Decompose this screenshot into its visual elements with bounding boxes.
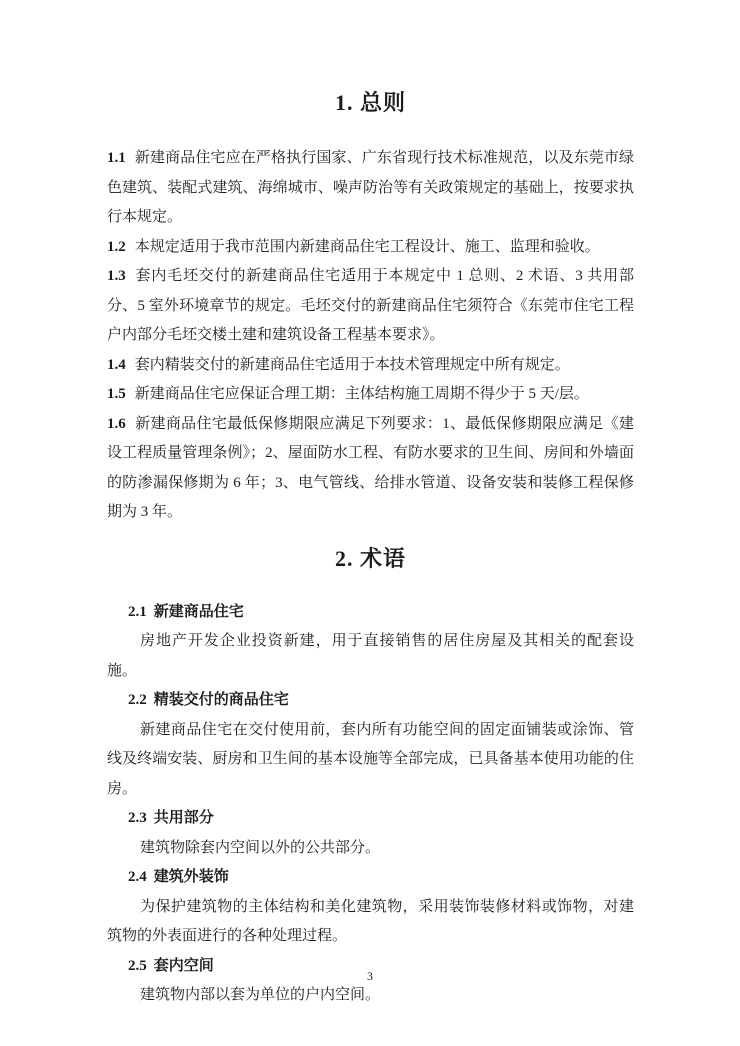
term-number: 2.3 — [128, 810, 147, 826]
term-2-1-definition: 房地产开发企业投资新建，用于直接销售的居住房屋及其相关的配套设施。 — [107, 627, 634, 686]
section-2-body: 2.1新建商品住宅 房地产开发企业投资新建，用于直接销售的居住房屋及其相关的配套… — [107, 598, 634, 1011]
section-1-body: 1.1新建商品住宅应在严格执行国家、广东省现行技术标准规范，以及东莞市绿色建筑、… — [107, 144, 634, 528]
term-number: 2.2 — [128, 692, 147, 708]
clause-1-4: 1.4套内精装交付的新建商品住宅适用于本技术管理规定中所有规定。 — [107, 351, 634, 381]
clause-text: 套内精装交付的新建商品住宅适用于本技术管理规定中所有规定。 — [135, 357, 570, 373]
term-2-1: 2.1新建商品住宅 — [128, 598, 634, 628]
page-number: 3 — [0, 969, 740, 984]
clause-text: 本规定适用于我市范围内新建商品住宅工程设计、施工、监理和验收。 — [135, 239, 600, 255]
term-title: 建筑外装饰 — [154, 869, 229, 885]
document-page: 1. 总则 1.1新建商品住宅应在严格执行国家、广东省现行技术标准规范，以及东莞… — [0, 0, 740, 1046]
clause-number: 1.5 — [107, 386, 126, 402]
term-2-2: 2.2精装交付的商品住宅 — [128, 686, 634, 716]
clause-text: 新建商品住宅应在严格执行国家、广东省现行技术标准规范，以及东莞市绿色建筑、装配式… — [107, 150, 634, 225]
term-number: 2.1 — [128, 604, 147, 620]
clause-1-5: 1.5新建商品住宅应保证合理工期：主体结构施工周期不得少于 5 天/层。 — [107, 380, 634, 410]
clause-number: 1.3 — [107, 268, 126, 284]
section-2-heading: 2. 术语 — [107, 544, 634, 574]
term-number: 2.4 — [128, 869, 147, 885]
clause-text: 套内毛坯交付的新建商品住宅适用于本规定中 1 总则、2 术语、3 共用部分、5 … — [107, 268, 634, 343]
term-title: 共用部分 — [154, 810, 214, 826]
term-2-2-definition: 新建商品住宅在交付使用前，套内所有功能空间的固定面铺装或涂饰、管线及终端安装、厨… — [107, 716, 634, 805]
clause-number: 1.1 — [107, 150, 126, 166]
term-2-4: 2.4建筑外装饰 — [128, 863, 634, 893]
term-2-3-definition: 建筑物除套内空间以外的公共部分。 — [107, 834, 634, 864]
term-2-4-definition: 为保护建筑物的主体结构和美化建筑物，采用装饰装修材料或饰物，对建筑物的外表面进行… — [107, 893, 634, 952]
term-2-5-definition: 建筑物内部以套为单位的户内空间。 — [107, 981, 634, 1011]
term-title: 新建商品住宅 — [154, 604, 244, 620]
clause-number: 1.6 — [107, 416, 126, 432]
clause-1-2: 1.2本规定适用于我市范围内新建商品住宅工程设计、施工、监理和验收。 — [107, 233, 634, 263]
clause-number: 1.2 — [107, 239, 126, 255]
clause-number: 1.4 — [107, 357, 126, 373]
clause-text: 新建商品住宅应保证合理工期：主体结构施工周期不得少于 5 天/层。 — [135, 386, 589, 402]
clause-1-3: 1.3套内毛坯交付的新建商品住宅适用于本规定中 1 总则、2 术语、3 共用部分… — [107, 262, 634, 351]
clause-text: 新建商品住宅最低保修期限应满足下列要求：1、最低保修期限应满足《建设工程质量管理… — [107, 416, 634, 521]
term-2-3: 2.3共用部分 — [128, 804, 634, 834]
clause-1-1: 1.1新建商品住宅应在严格执行国家、广东省现行技术标准规范，以及东莞市绿色建筑、… — [107, 144, 634, 233]
clause-1-6: 1.6新建商品住宅最低保修期限应满足下列要求：1、最低保修期限应满足《建设工程质… — [107, 410, 634, 528]
term-title: 精装交付的商品住宅 — [154, 692, 289, 708]
section-1-heading: 1. 总则 — [107, 88, 634, 118]
